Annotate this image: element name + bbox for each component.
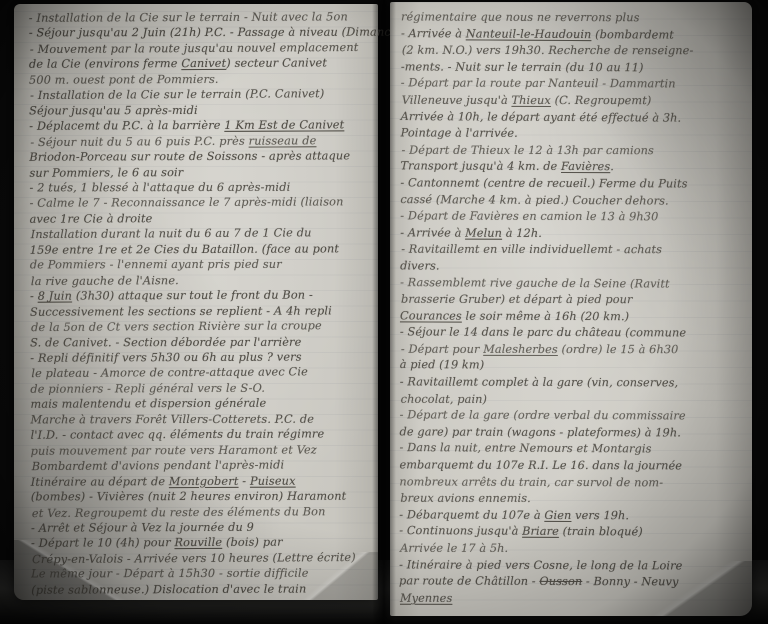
handwritten-line: - Séjour nuit du 5 au 6 puis P.C. près r… xyxy=(28,133,368,151)
handwritten-line: - Arrêt et Séjour à Vez la journée du 9 xyxy=(29,519,369,536)
handwritten-line: Myennes xyxy=(398,591,746,608)
handwritten-line: - Installation de la Cie sur le terrain … xyxy=(28,86,368,104)
handwritten-line: - Séjour jusqu'au 2 Juin (21h) P.C. - Pa… xyxy=(27,25,367,41)
handwritten-line: - Ravitaillemt en ville individuellemt -… xyxy=(399,242,747,259)
handwritten-line: - Départ de Thieux le 12 à 13h par camio… xyxy=(400,143,748,160)
handwritten-line: Séjour jusqu'au 5 après-midi xyxy=(27,102,367,118)
left-page-text: - Installation de la Cie sur le terrain … xyxy=(27,9,370,598)
handwritten-line: -ments. - Nuit sur le terrain (du 10 au … xyxy=(399,59,747,77)
handwritten-line: - Calme le 7 - Reconnaissance le 7 après… xyxy=(28,195,368,212)
handwritten-line: - Dans la nuit, entre Nemours et Montarg… xyxy=(397,440,745,459)
handwritten-line: chocolat, pain) xyxy=(399,391,747,408)
handwritten-line: S. de Canivet. - Section débordée par l'… xyxy=(28,334,368,350)
handwritten-line: Arrivée à 10h, le départ ayant été effec… xyxy=(399,109,747,128)
handwritten-line: et Vez. Regroupemt du reste des éléments… xyxy=(30,503,370,521)
handwritten-line: sur Pommiers, le 6 au soir xyxy=(27,164,367,181)
handwritten-line: Arrivée le 17 à 5h. xyxy=(398,541,746,558)
handwritten-line: - Itinéraire à pied vers Cosne, le long … xyxy=(397,557,745,575)
handwritten-line: brasserie Gruber) et départ à pied pour xyxy=(399,292,747,309)
handwritten-line: Bombardemt d'avions pendant l'après-midi xyxy=(30,457,370,475)
notebook-photo: - Installation de la Cie sur le terrain … xyxy=(0,0,768,624)
left-page: - Installation de la Cie sur le terrain … xyxy=(14,4,378,600)
handwritten-line: nombreux arrêts du train, car survol de … xyxy=(397,474,745,492)
handwritten-line: cassé (Marche 4 km. à pied.) Coucher deh… xyxy=(398,192,746,211)
handwritten-line: - Arrivée à Melun à 12h. xyxy=(398,225,746,243)
handwritten-line: (bombes) - Vivières (nuit 2 heures envir… xyxy=(29,489,369,505)
right-page: régimentaire que nous ne reverrons plus-… xyxy=(390,2,752,616)
handwritten-line: de la Cie (environs ferme Canivet) secte… xyxy=(27,56,367,73)
handwritten-line: Marche à travers Forêt Villers-Cotterets… xyxy=(28,411,368,427)
handwritten-line: - 8 Juin (3h30) attaque sur tout le fron… xyxy=(28,287,368,304)
handwritten-line: Transport jusqu'à 4 km. de Favières. xyxy=(398,159,746,177)
handwritten-line: à pied (19 km) xyxy=(398,357,746,376)
handwritten-line: embarquemt du 107e R.I. Le 16. dans la j… xyxy=(397,457,745,475)
handwritten-line: la rive gauche de l'Aisne. xyxy=(29,272,369,290)
handwritten-line: - 2 tués, 1 blessé à l'attaque du 6 aprè… xyxy=(27,180,367,196)
handwritten-line: Itinéraire au départ de Montgobert - Pui… xyxy=(29,473,369,490)
handwritten-line: - Séjour le 14 dans le parc du château (… xyxy=(398,325,746,343)
handwritten-line: - Rassemblemt rive gauche de la Seine (R… xyxy=(398,275,746,294)
handwritten-line: - Arrivée à Nanteuil-le-Haudouin (bombar… xyxy=(399,26,747,45)
handwritten-line: (piste sablonneuse.) Dislocation d'avec … xyxy=(29,581,369,598)
handwritten-line: mais malentendu et dispersion générale xyxy=(28,396,368,413)
handwritten-line: - Départ le 10 (4h) pour Rouville (bois)… xyxy=(29,535,369,552)
handwritten-line: - Départ de Favières en camion le 13 à 9… xyxy=(398,209,746,227)
handwritten-line: régimentaire que nous ne reverrons plus xyxy=(399,9,747,27)
handwritten-line: - Déplacemt du P.C. à la barrière 1 Km E… xyxy=(27,117,367,134)
handwritten-line: le plateau - Amorce de contre-attaque av… xyxy=(29,364,369,382)
handwritten-line: - Départ pour Malesherbes (ordre) le 15 … xyxy=(399,342,747,359)
handwritten-line: Le même jour - Départ à 15h30 - sortie d… xyxy=(29,566,369,582)
handwritten-line: l'I.D. - contact avec qq. éléments du tr… xyxy=(29,426,369,443)
handwritten-line: Pointage à l'arrivée. xyxy=(399,126,747,144)
handwritten-line: - Départ par la route par Nanteuil - Dam… xyxy=(399,76,747,94)
handwritten-line: - Installation de la Cie sur le terrain … xyxy=(27,9,367,26)
handwritten-line: de pionniers - Repli général vers le S-O… xyxy=(28,380,368,397)
handwritten-line: de la 5on de Ct vers section Rivière sur… xyxy=(29,318,369,336)
handwritten-line: Villeneuve jusqu'à Thieux (C. Regroupemt… xyxy=(400,93,748,110)
handwritten-line: Installation durant la nuit du 6 au 7 de… xyxy=(29,225,369,243)
handwritten-line: - Continuons jusqu'à Briare (train bloqu… xyxy=(397,523,745,542)
handwritten-line: - Cantonnemt (centre de recueil.) Ferme … xyxy=(398,175,746,193)
handwritten-line: (2 km. N.O.) vers 19h30. Recherche de re… xyxy=(400,43,748,60)
handwritten-line: Courances le soir même à 16h (20 km.) xyxy=(398,308,746,326)
handwritten-line: 159e entre 1re et 2e Cies du Bataillon. … xyxy=(28,241,368,258)
binding-gutter-shadow xyxy=(372,0,396,624)
handwritten-line: divers. xyxy=(398,258,746,276)
handwritten-line: breux avions ennemis. xyxy=(398,491,746,508)
handwritten-line: - Mouvement par la route jusqu'au nouvel… xyxy=(28,40,368,58)
handwritten-line: - Départ de la gare (ordre verbal du com… xyxy=(398,408,746,426)
handwritten-line: par route de Châtillon - Ousson - Bonny … xyxy=(397,574,745,592)
handwritten-line: Briodon-Porceau sur route de Soissons - … xyxy=(27,148,367,165)
handwritten-line: de Pommiers - l'ennemi ayant pris pied s… xyxy=(28,257,368,273)
handwritten-line: - Ravitaillemt complet à la gare (vin, c… xyxy=(398,374,746,392)
right-page-text: régimentaire que nous ne reverrons plus-… xyxy=(397,9,747,608)
